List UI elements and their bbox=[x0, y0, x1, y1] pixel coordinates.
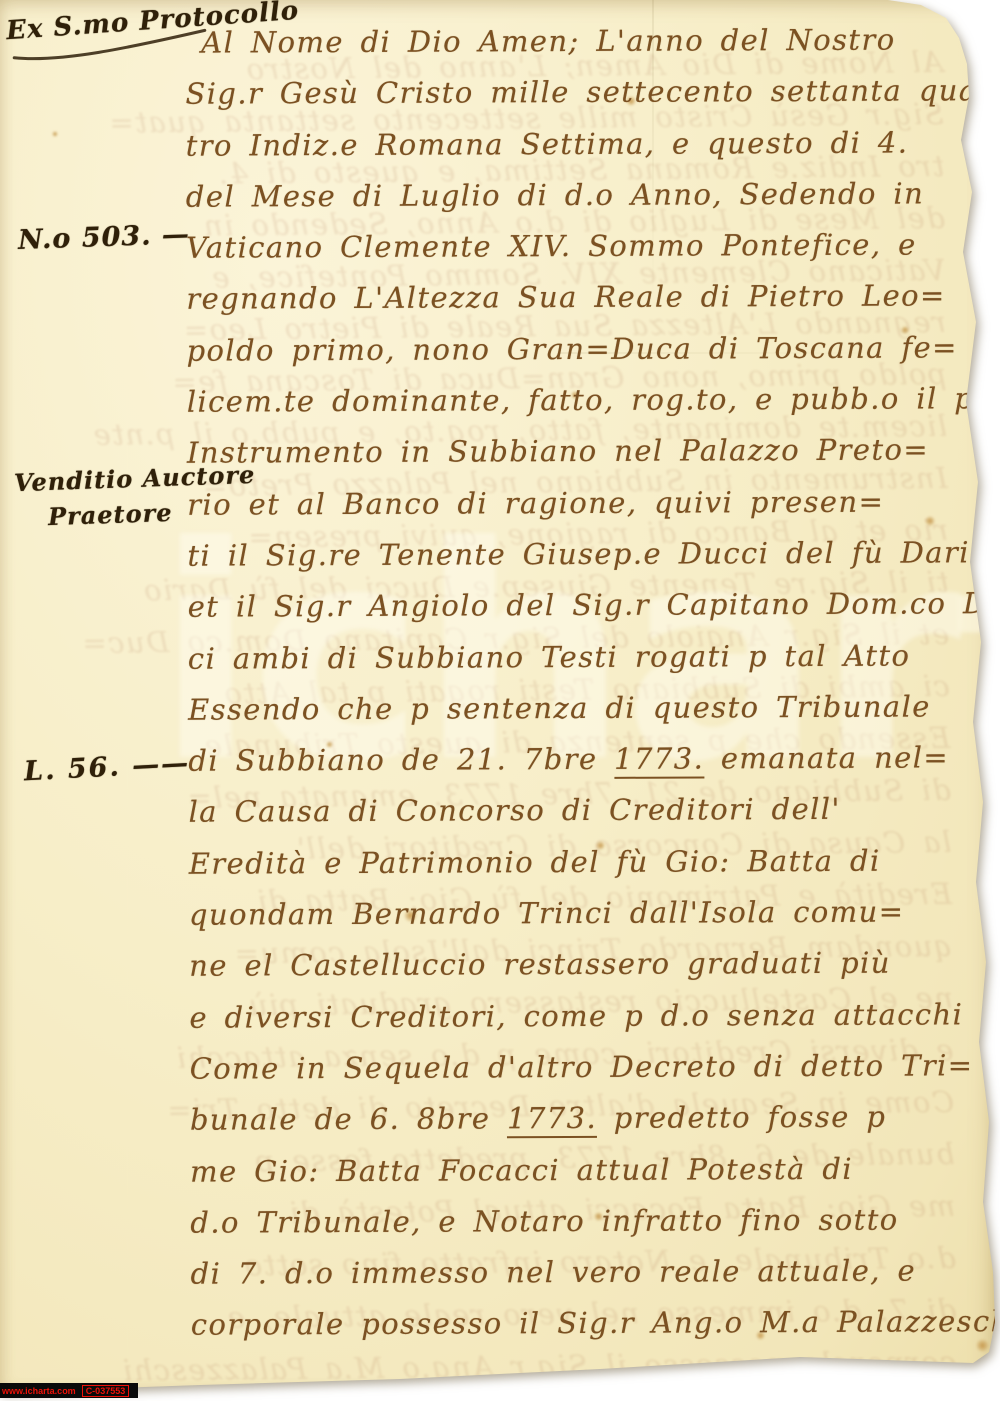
manuscript-line: quondam Bernardo Trinci dall'Isola comu= bbox=[189, 886, 964, 941]
manuscript-line: d.o Tribunale, e Notaro infratto fino so… bbox=[190, 1194, 965, 1249]
manuscript-line: la Causa di Concorso di Creditori dell' bbox=[188, 784, 963, 839]
margin-note-praetore: Praetore bbox=[48, 498, 173, 531]
underlined-year: 1773. bbox=[507, 1101, 597, 1138]
foxing-spot bbox=[976, 1339, 989, 1352]
scanned-manuscript-page: { "page": {"width": 1000, "height": 1401… bbox=[0, 0, 1000, 1401]
margin-note-number: N.o 503. — bbox=[18, 219, 191, 256]
manuscript-line: del Mese di Luglio di d.o Anno, Sedendo … bbox=[186, 168, 961, 223]
footer-bar: www.icharta.com C-037553 bbox=[0, 1383, 138, 1398]
margin-note-folio: L. 56. —— bbox=[23, 748, 191, 788]
paper-shadow-wrapper: Al Nome di Dio Amen; L'anno del NostroSi… bbox=[0, 0, 1000, 1401]
manuscript-line: di Subbiano de 21. 7bre 1773. emanata ne… bbox=[188, 732, 963, 787]
manuscript-line: Al Nome di Dio Amen; L'anno del Nostro bbox=[185, 14, 960, 69]
manuscript-line: ti il Sig.re Tenente Giusep.e Ducci del … bbox=[187, 527, 962, 582]
footer-code-label: C-037553 bbox=[82, 1385, 130, 1397]
manuscript-line: poldo primo, nono Gran=Duca di Toscana f… bbox=[186, 322, 961, 377]
foxing-spot bbox=[52, 131, 58, 137]
manuscript-line: di 7. d.o immesso nel vero reale attuale… bbox=[190, 1245, 965, 1300]
manuscript-line: Vaticano Clemente XIV. Sommo Pontefice, … bbox=[186, 220, 961, 275]
footer-site-label: www.icharta.com bbox=[2, 1386, 76, 1396]
manuscript-line: me Gio: Batta Focacci attual Potestà di bbox=[190, 1143, 965, 1198]
aged-paper-sheet: Al Nome di Dio Amen; L'anno del NostroSi… bbox=[0, 0, 1000, 1401]
manuscript-line: ne el Castelluccio restassero graduati p… bbox=[189, 938, 964, 993]
manuscript-line: rio et al Banco di ragione, quivi presen… bbox=[187, 476, 962, 531]
manuscript-line: ci ambi di Subbiano Testi rogati p tal A… bbox=[188, 630, 963, 685]
manuscript-line: Sig.r Gesù Cristo mille settecento setta… bbox=[185, 66, 960, 121]
manuscript-line: bunale de 6. 8bre 1773. predetto fosse p bbox=[190, 1092, 965, 1147]
manuscript-line: Instrumento in Subbiano nel Palazzo Pret… bbox=[187, 425, 962, 480]
manuscript-line: Eredità e Patrimonio del fù Gio: Batta d… bbox=[189, 835, 964, 890]
underlined-year: 1773. bbox=[614, 742, 704, 779]
manuscript-line: licem.te dominante, fatto, rog.to, e pub… bbox=[187, 373, 962, 428]
manuscript-line: et il Sig.r Angiolo del Sig.r Capitano D… bbox=[188, 579, 963, 634]
manuscript-line: tro Indiz.e Romana Settima, e questo di … bbox=[186, 117, 961, 172]
manuscript-line: e diversi Creditori, come p d.o senza at… bbox=[189, 989, 964, 1044]
manuscript-line: regnando L'Altezza Sua Reale di Pietro L… bbox=[186, 271, 961, 326]
manuscript-line: Essendo che p sentenza di questo Tribuna… bbox=[188, 681, 963, 736]
manuscript-line: corporale possesso il Sig.r Ang.o M.a Pa… bbox=[191, 1297, 966, 1352]
manuscript-line: Come in Sequela d'altro Decreto di detto… bbox=[190, 1040, 965, 1095]
manuscript-body: Al Nome di Dio Amen; L'anno del NostroSi… bbox=[185, 14, 966, 1351]
